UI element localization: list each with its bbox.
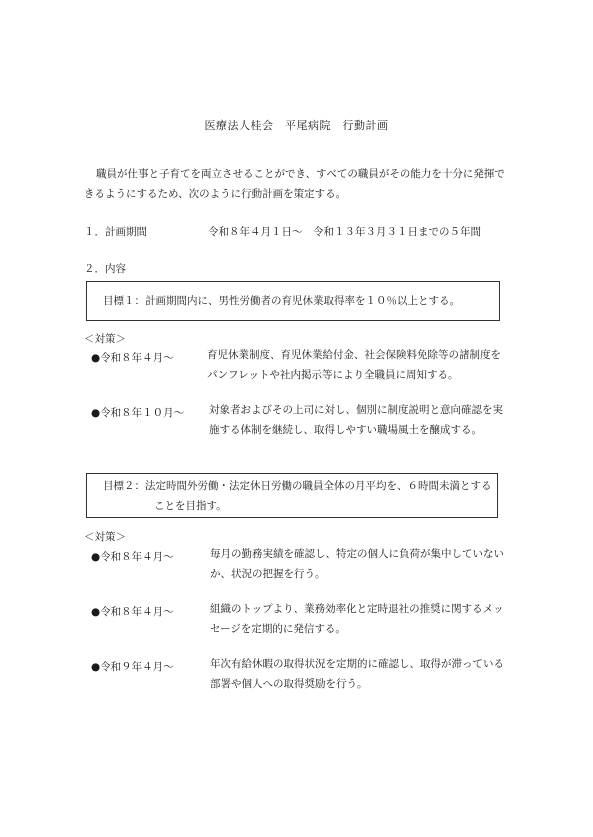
desc-line-2: 施する体制を継続し、取得しやすい職場風土を醸成する。 [209,420,503,440]
goal-2-label: 目標２： [103,480,145,492]
goal-1-measure-2-date: ●令和８年１０月～ [91,405,184,420]
desc-line-2: セージを定期的に発信する。 [210,619,504,639]
goal-1-measure-1-date: ●令和８年４月～ [91,350,174,365]
intro-line-1: 職員が仕事と子育てを両立させることができ、すべての職員がその能力を十分に発揮で [96,164,505,184]
goal-1-text: 計画期間内に、男性労働者の育児休業取得率を１０％以上とする。 [145,295,460,307]
document-title: 医療法人桂会 平尾病院 行動計画 [0,117,593,133]
goal-2-measure-1-date: ●令和８年４月～ [91,549,174,564]
section-2-heading: ２．内容 [84,261,126,276]
goal-2-measure-2-desc: 組織のトップより、業務効率化と定時退社の推奨に関するメッ セージを定期的に発信す… [210,599,504,639]
section-1-heading: １．計画期間 [84,224,147,239]
desc-line-1: 組織のトップより、業務効率化と定時退社の推奨に関するメッ [210,599,504,619]
plan-period-value: 令和８年４月１日～ 令和１３年３月３１日までの５年間 [208,224,481,239]
goal-2-text-line-1: 法定時間外労働・法定休日労働の職員全体の月平均を、６時間未満とする [145,480,492,492]
desc-line-2: パンフレットや社内掲示等により全職員に周知する。 [207,365,501,385]
goal-2-measure-3-desc: 年次有給休暇の取得状況を定期的に確認し、取得が滞っている 部署や個人への取得奨励… [210,654,504,694]
desc-line-1: 毎月の勤務実績を確認し、特定の個人に負荷が集中していない [210,544,504,564]
goal-2-text-line-2: ことを目指す。 [103,496,492,516]
goal-1-label: 目標１： [103,295,145,307]
desc-line-2: か、状況の把握を行う。 [210,564,504,584]
desc-line-1: 年次有給休暇の取得状況を定期的に確認し、取得が滞っている [210,654,504,674]
goal-2-measure-1-desc: 毎月の勤務実績を確認し、特定の個人に負荷が集中していない か、状況の把握を行う。 [210,544,504,584]
goal-2-box: 目標２：法定時間外労働・法定休日労働の職員全体の月平均を、６時間未満とする こと… [86,473,498,518]
goal-1-box: 目標１：計画期間内に、男性労働者の育児休業取得率を１０％以上とする。 [86,281,500,321]
goal-2-measure-3-date: ●令和９年４月～ [91,659,174,674]
goal-1-measure-1-desc: 育児休業制度、育児休業給付金、社会保険料免除等の諸制度を パンフレットや社内掲示… [207,345,501,385]
goal-1-measures-heading: ＜対策＞ [84,331,126,346]
desc-line-1: 育児休業制度、育児休業給付金、社会保険料免除等の諸制度を [207,345,501,365]
goal-2-measure-2-date: ●令和８年４月～ [91,604,174,619]
goal-1-measure-2-desc: 対象者およびその上司に対し、個別に制度説明と意向確認を実 施する体制を継続し、取… [209,400,503,440]
goal-2-measures-heading: ＜対策＞ [84,529,126,544]
desc-line-2: 部署や個人への取得奨励を行う。 [210,674,504,694]
intro-line-2: きるようにするため、次のように行動計画を策定する。 [84,184,346,204]
desc-line-1: 対象者およびその上司に対し、個別に制度説明と意向確認を実 [209,400,503,420]
